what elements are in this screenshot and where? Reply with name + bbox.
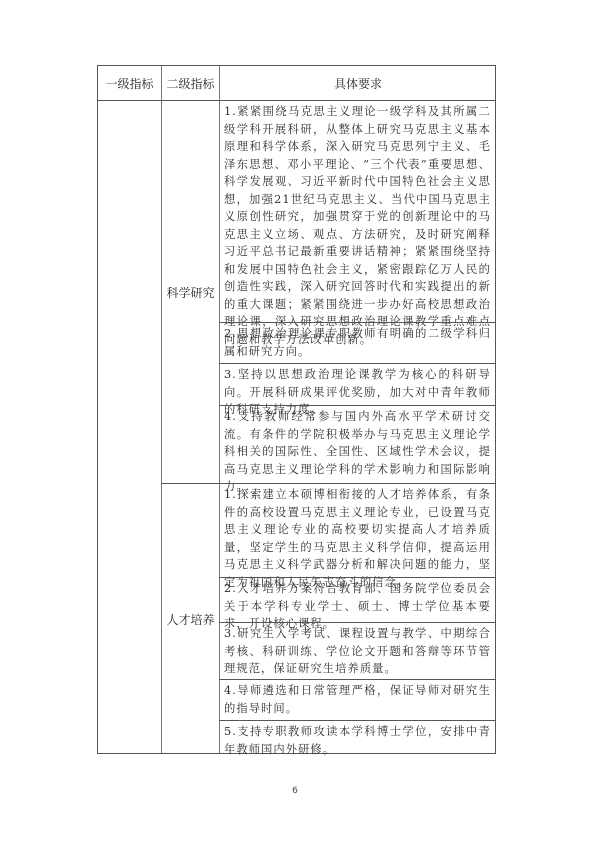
header-requirements: 具体要求	[220, 66, 496, 100]
requirement-cell: 2.思想政治理论课专职教师有明确的二级学科归属和研究方向。	[221, 323, 493, 363]
header-level1: 一级指标	[98, 66, 161, 100]
requirement-cell: 1.紧紧围绕马克思主义理论一级学科及其所属二级学科开展科研，从整体上研究马克思主…	[221, 101, 493, 322]
requirement-cell: 1.探索建立本硕博相衔接的人才培养体系，有条件的高校设置马克思主义理论专业，已设…	[221, 484, 493, 577]
requirement-cell: 5.支持专职教师攻读本学科博士学位，安排中青年教师国内外研修。	[221, 721, 493, 754]
requirement-cell: 3.研究生入学考试、课程设置与教学、中期综合考核、科研训练、学位论文开题和答辩等…	[221, 623, 493, 679]
requirement-cell: 2.人才培养方案符合教育部、国务院学位委员会关于本学科专业学士、硕士、博士学位基…	[221, 578, 493, 622]
requirement-cell: 3.坚持以思想政治理论课教学为核心的科研导向。开展科研成果评优奖励，加大对中青年…	[221, 364, 493, 404]
category-research: 科学研究	[162, 101, 219, 483]
requirements-table: 一级指标 二级指标 具体要求 科学研究 1.紧紧围绕马克思主义理论一级学科及其所…	[97, 65, 496, 754]
category-talent-training: 人才培养	[162, 484, 219, 755]
column-divider	[219, 66, 220, 753]
requirement-cell: 4.导师遴选和日常管理严格，保证导师对研究生的指导时间。	[221, 680, 493, 720]
requirement-cell: 4.支持教师经常参与国内外高水平学术研讨交流。有条件的学院积极举办与马克思主义理…	[221, 406, 493, 483]
header-level2: 二级指标	[162, 66, 219, 100]
page-number: 6	[0, 786, 590, 796]
